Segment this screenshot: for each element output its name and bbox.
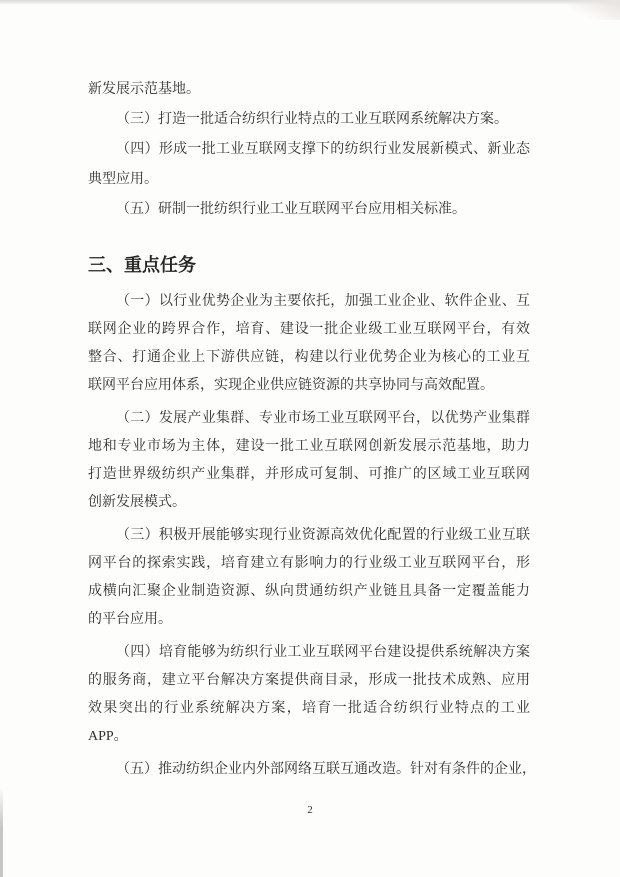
text-line: 新发展示范基地。: [88, 75, 530, 105]
scan-corner-smudge: [568, 0, 620, 20]
text-line: 成横向汇聚企业制造资源、纵向贯通纺织产业链且具备一定覆盖能力: [88, 578, 530, 606]
text-line: （三）积极开展能够实现行业资源高效优化配置的行业级工业互联: [88, 522, 530, 550]
page-number: 2: [307, 804, 313, 816]
paragraph: （三）积极开展能够实现行业资源高效优化配置的行业级工业互联网平台的探索实践，培育…: [88, 522, 530, 634]
text-line: 创新发展模式。: [88, 489, 530, 517]
paragraph: （四）形成一批工业互联网支撑下的纺织行业发展新模式、新业态典型应用。: [88, 135, 530, 195]
text-line: （五）推动纺织企业内外部网络互联互通改造。针对有条件的企业，: [88, 756, 530, 784]
text-line: （三）打造一批适合纺织行业特点的工业互联网系统解决方案。: [88, 105, 530, 135]
paragraph: （二）发展产业集群、专业市场工业互联网平台，以优势产业集群地和专业市场为主体，建…: [88, 405, 530, 517]
text-line: 的平台应用。: [88, 606, 530, 634]
document-page: 新发展示范基地。（三）打造一批适合纺织行业特点的工业互联网系统解决方案。（四）形…: [0, 0, 620, 877]
text-line: （五）研制一批纺织行业工业互联网平台应用相关标准。: [88, 195, 530, 225]
text-line: （四）形成一批工业互联网支撑下的纺织行业发展新模式、新业态: [88, 135, 530, 165]
scan-edge-bottom-left: [0, 787, 3, 877]
text-line: （一）以行业优势企业为主要依托，加强工业企业、软件企业、互: [88, 288, 530, 316]
text-line: APP。: [88, 723, 530, 751]
text-line: （四）培育能够为纺织行业工业互联网平台建设提供系统解决方案: [88, 639, 530, 667]
text-line: 联网平台应用体系，实现企业供应链资源的共享协同与高效配置。: [88, 372, 530, 400]
paragraph: 新发展示范基地。: [88, 75, 530, 105]
paragraph: （一）以行业优势企业为主要依托，加强工业企业、软件企业、互联网企业的跨界合作，培…: [88, 288, 530, 400]
section-goals-continued: 新发展示范基地。（三）打造一批适合纺织行业特点的工业互联网系统解决方案。（四）形…: [88, 75, 530, 225]
scan-edge-top: [0, 0, 620, 5]
paragraph: （五）推动纺织企业内外部网络互联互通改造。针对有条件的企业，: [88, 756, 530, 784]
paragraph: （三）打造一批适合纺织行业特点的工业互联网系统解决方案。: [88, 105, 530, 135]
text-line: 典型应用。: [88, 165, 530, 195]
section-key-tasks: （一）以行业优势企业为主要依托，加强工业企业、软件企业、互联网企业的跨界合作，培…: [88, 288, 530, 784]
text-line: 地和专业市场为主体，建设一批工业互联网创新发展示范基地，助力: [88, 433, 530, 461]
page-footer: 2: [0, 803, 620, 817]
paragraph: （五）研制一批纺织行业工业互联网平台应用相关标准。: [88, 195, 530, 225]
text-line: 联网企业的跨界合作，培育、建设一批企业级工业互联网平台，有效: [88, 316, 530, 344]
text-line: 的服务商，建立平台解决方案提供商目录，形成一批技术成熟、应用: [88, 667, 530, 695]
text-line: 网平台的探索实践，培育建立有影响力的行业级工业互联网平台，形: [88, 550, 530, 578]
paragraph: （四）培育能够为纺织行业工业互联网平台建设提供系统解决方案的服务商，建立平台解决…: [88, 639, 530, 751]
text-line: 打造世界级纺织产业集群，并形成可复制、可推广的区域工业互联网: [88, 461, 530, 489]
text-line: （二）发展产业集群、专业市场工业互联网平台，以优势产业集群: [88, 405, 530, 433]
document-body: 新发展示范基地。（三）打造一批适合纺织行业特点的工业互联网系统解决方案。（四）形…: [88, 75, 530, 784]
text-line: 整合、打通企业上下游供应链，构建以行业优势企业为核心的工业互: [88, 344, 530, 372]
section-heading-key-tasks: 三、重点任务: [88, 253, 530, 277]
text-line: 效果突出的行业系统解决方案，培育一批适合纺织行业特点的工业: [88, 695, 530, 723]
